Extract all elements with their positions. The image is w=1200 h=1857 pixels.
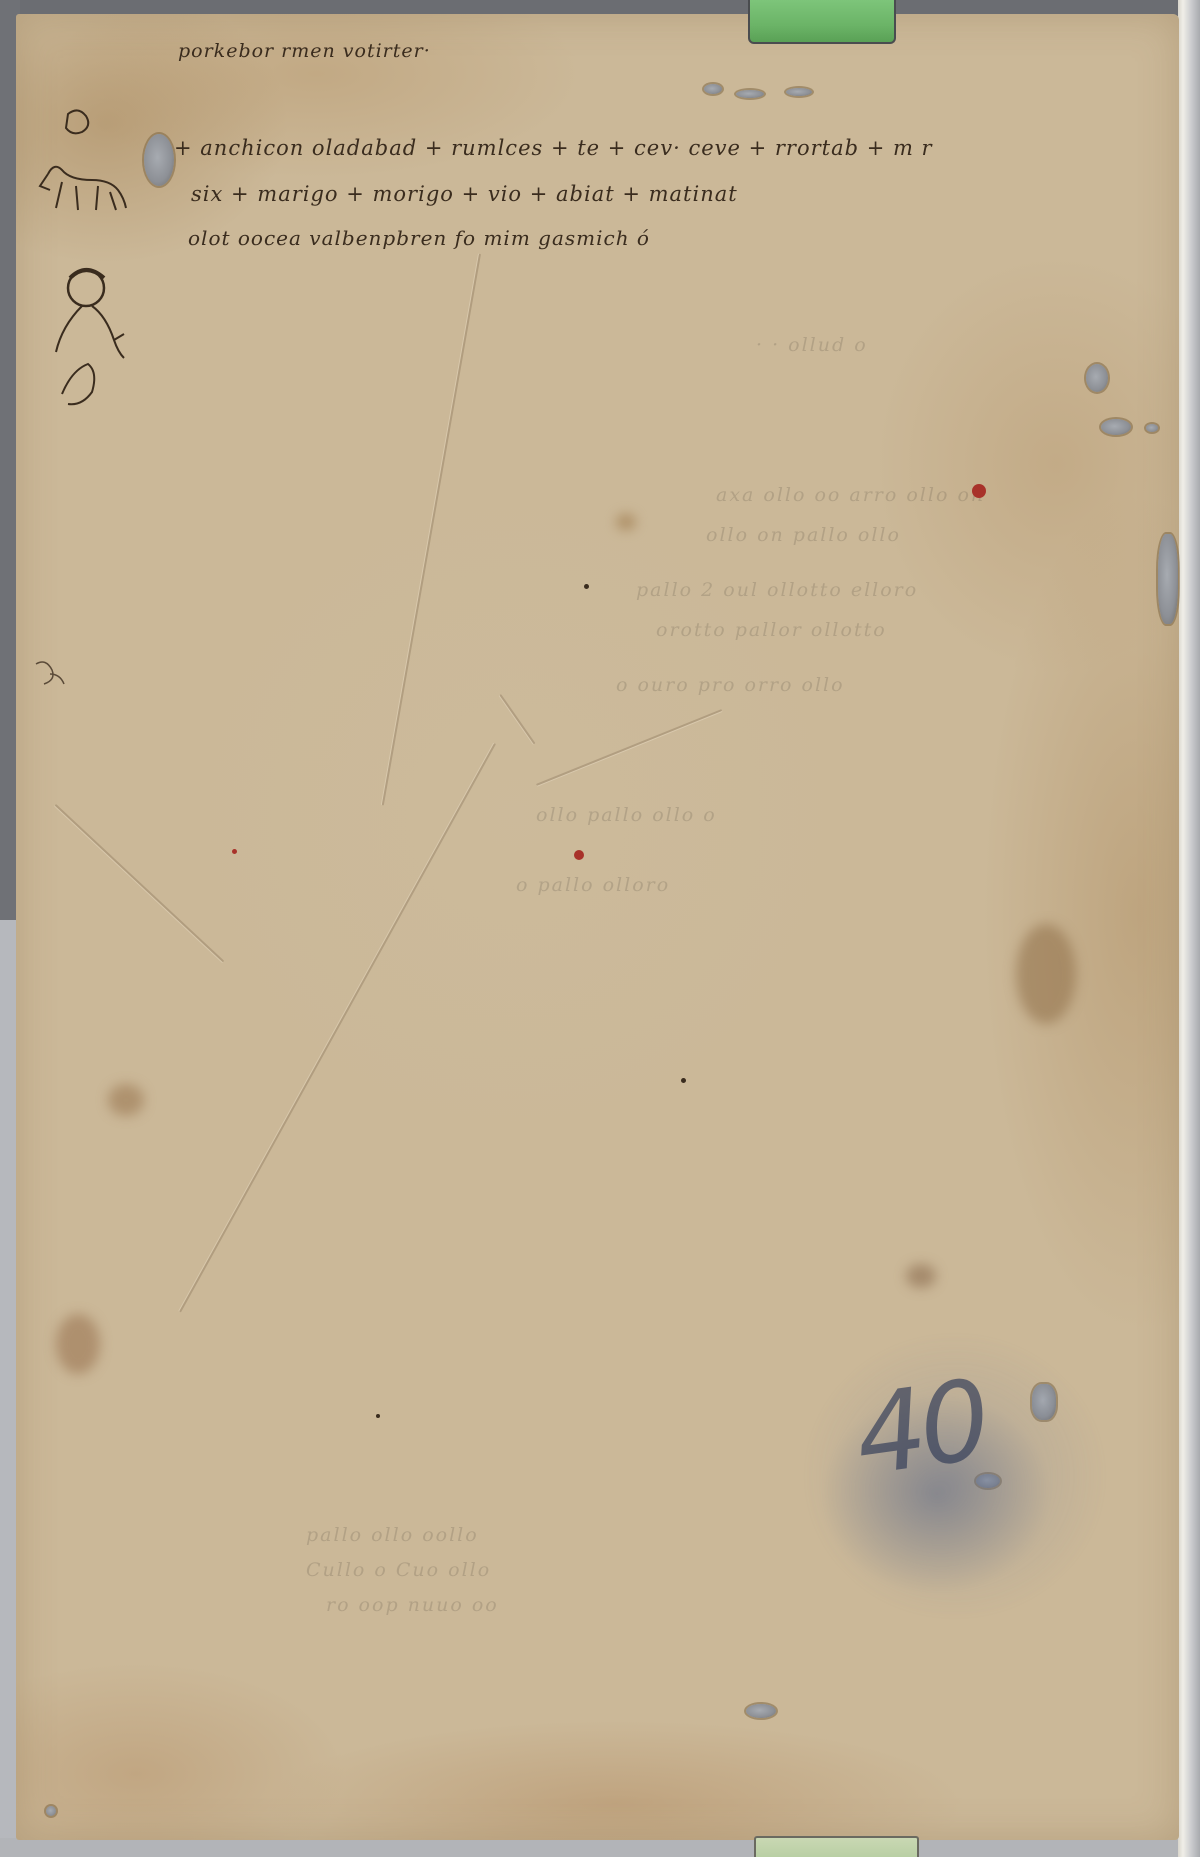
animal-sketch-icon xyxy=(28,104,138,254)
handwritten-line-1: porkebor rmen votirter· xyxy=(178,40,431,62)
parchment-hole xyxy=(46,1806,56,1816)
bookmark-tab-bottom xyxy=(754,1836,919,1857)
show-through-text: ollo on pallo ollo xyxy=(706,524,901,546)
crayon-folio-number: 40 xyxy=(848,1356,993,1501)
show-through-text: pallo 2 oul ollotto elloro xyxy=(636,579,918,601)
manuscript-scan: · · ollud o axa ollo oo arro ollo on oll… xyxy=(0,0,1200,1857)
human-figure-sketch-icon xyxy=(52,264,142,434)
parchment-hole xyxy=(144,134,174,186)
parchment-hole xyxy=(786,88,812,96)
crease-line xyxy=(55,804,225,962)
water-stain xyxy=(108,1084,144,1116)
parchment-hole xyxy=(736,90,764,98)
parchment-hole xyxy=(746,1704,776,1718)
water-stain xyxy=(616,514,636,530)
bookmark-tab-top xyxy=(748,0,896,44)
show-through-text: · · ollud o xyxy=(756,334,868,356)
ink-speck xyxy=(681,1078,686,1083)
scanner-background-bottom xyxy=(0,1838,1200,1857)
binding-edge xyxy=(1178,0,1200,1857)
red-ink-spot xyxy=(972,484,986,498)
red-ink-spot xyxy=(232,849,237,854)
show-through-text: axa ollo oo arro ollo on xyxy=(716,484,985,506)
parchment-hole xyxy=(1101,419,1131,435)
water-stain xyxy=(1016,924,1076,1024)
show-through-text: ro oop nuuo oo xyxy=(326,1594,499,1616)
handwritten-line-2: + anchicon oladabad + rumlces + te + cev… xyxy=(174,136,933,160)
water-stain xyxy=(906,1264,936,1288)
small-scribble-icon xyxy=(30,654,70,694)
parchment-hole xyxy=(1086,364,1108,392)
water-stain xyxy=(56,1314,100,1374)
show-through-text: o ouro pro orro ollo xyxy=(616,674,845,696)
ink-speck xyxy=(376,1414,380,1418)
handwritten-line-4: olot oocea valbenpbren fo mim gasmich ó xyxy=(188,226,650,250)
parchment-hole xyxy=(704,84,722,94)
parchment-hole xyxy=(1146,424,1158,432)
parchment-leaf: · · ollud o axa ollo oo arro ollo on oll… xyxy=(16,14,1179,1840)
parchment-hole xyxy=(1158,534,1178,624)
crease-line xyxy=(179,743,496,1312)
handwritten-line-3: six + marigo + morigo + vio + abiat + ma… xyxy=(191,182,738,206)
show-through-text: o pallo olloro xyxy=(516,874,670,896)
crease-line xyxy=(499,694,535,744)
crease-line xyxy=(382,254,481,806)
show-through-text: ollo pallo ollo o xyxy=(536,804,717,826)
crease-line xyxy=(536,709,722,786)
ink-speck xyxy=(584,584,589,589)
show-through-text: Cullo o Cuo ollo xyxy=(306,1559,491,1581)
show-through-text: pallo ollo oollo xyxy=(306,1524,479,1546)
show-through-text: orotto pallor ollotto xyxy=(656,619,887,641)
red-ink-spot xyxy=(574,850,584,860)
